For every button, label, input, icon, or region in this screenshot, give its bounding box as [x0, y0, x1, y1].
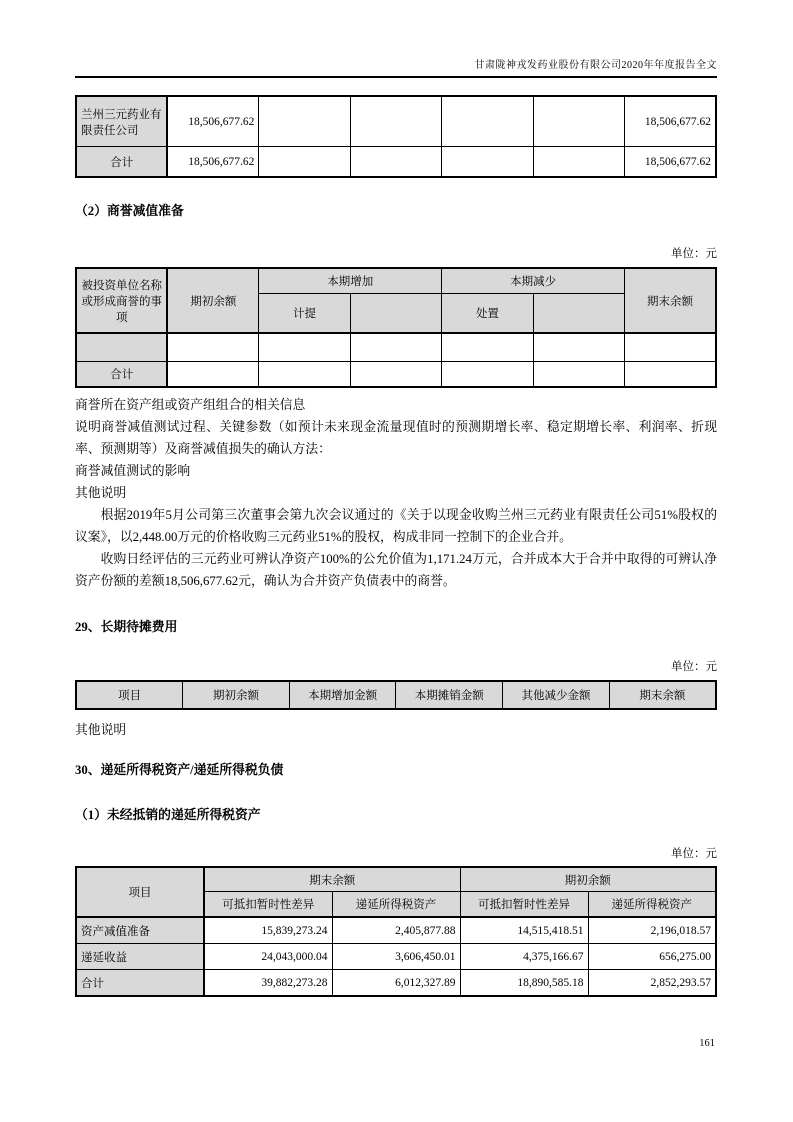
table-cell — [167, 333, 258, 362]
table-cell — [350, 147, 441, 178]
table-cell — [259, 96, 350, 147]
table-header-cell: 本期增加金额 — [289, 681, 396, 709]
note-line: 说明商誉减值测试过程、关键参数（如预计未来现金流量现值时的预测期增长率、稳定期增… — [75, 416, 717, 460]
table-cell — [533, 333, 624, 362]
table-header-cell: 期初余额 — [183, 681, 290, 709]
table-cell — [350, 333, 441, 362]
table-header-cell: 期末余额 — [625, 268, 716, 333]
unit-label: 单位：元 — [75, 658, 717, 674]
table-cell: 18,506,677.62 — [167, 147, 258, 178]
table-header-cell: 期初余额 — [460, 867, 716, 892]
table-cell: 18,506,677.62 — [625, 96, 716, 147]
table-cell: 14,515,418.51 — [460, 917, 588, 944]
table-cell: 递延收益 — [76, 944, 204, 970]
table-header-cell: 本期减少 — [442, 268, 625, 294]
table-row: 合计 39,882,273.28 6,012,327.89 18,890,585… — [76, 970, 716, 997]
table-header-cell: 处置 — [442, 294, 533, 334]
section-heading-long-term-deferred-expenses: 29、长期待摊费用 — [75, 616, 717, 635]
table-cell — [167, 362, 258, 388]
table-header-row: 项目 期末余额 期初余额 — [76, 867, 716, 892]
table-row: 兰州三元药业有限责任公司 18,506,677.62 18,506,677.62 — [76, 96, 716, 147]
table-cell — [259, 147, 350, 178]
table-cell: 656,275.00 — [588, 944, 716, 970]
table-row: 递延收益 24,043,000.04 3,606,450.01 4,375,16… — [76, 944, 716, 970]
table-cell: 2,196,018.57 — [588, 917, 716, 944]
table-cell — [442, 96, 533, 147]
unit-label: 单位：元 — [75, 245, 717, 261]
table-cell: 4,375,166.67 — [460, 944, 588, 970]
table-header-cell: 递延所得税资产 — [588, 892, 716, 918]
table-cell — [76, 333, 167, 362]
table-cell — [625, 362, 716, 388]
report-page: 甘肃陇神戎发药业股份有限公司2020年年度报告全文 兰州三元药业有限责任公司 1… — [0, 0, 793, 1122]
goodwill-paragraph: 根据2019年5月公司第三次董事会第九次会议通过的《关于以现金收购兰州三元药业有… — [75, 504, 717, 548]
table-header-cell: 计提 — [259, 294, 350, 334]
table-header-cell: 期末余额 — [204, 867, 460, 892]
table-cell: 兰州三元药业有限责任公司 — [76, 96, 167, 147]
table-row: 合计 18,506,677.62 18,506,677.62 — [76, 147, 716, 178]
table-header-cell: 递延所得税资产 — [332, 892, 460, 918]
table-header-cell: 期初余额 — [167, 268, 258, 333]
page-content: 甘肃陇神戎发药业股份有限公司2020年年度报告全文 兰州三元药业有限责任公司 1… — [75, 0, 717, 997]
table-header-cell — [533, 294, 624, 334]
long-term-deferred-expenses-table: 项目 期初余额 本期增加金额 本期摊销金额 其他减少金额 期末余额 — [75, 680, 717, 710]
deferred-tax-assets-table: 项目 期末余额 期初余额 可抵扣暂时性差异 递延所得税资产 可抵扣暂时性差异 递… — [75, 866, 717, 997]
table-cell — [533, 96, 624, 147]
page-header-title: 甘肃陇神戎发药业股份有限公司2020年年度报告全文 — [75, 0, 717, 78]
note-line: 商誉所在资产组或资产组组合的相关信息 — [75, 394, 717, 416]
table-header-cell: 可抵扣暂时性差异 — [204, 892, 332, 918]
table-cell: 6,012,327.89 — [332, 970, 460, 997]
table-cell: 2,852,293.57 — [588, 970, 716, 997]
table-header-cell: 被投资单位名称或形成商誉的事项 — [76, 268, 167, 333]
table-cell: 39,882,273.28 — [204, 970, 332, 997]
table-header-cell: 本期增加 — [259, 268, 442, 294]
table-cell: 合计 — [76, 970, 204, 997]
table-cell: 合计 — [76, 147, 167, 178]
table-row: 资产减值准备 15,839,273.24 2,405,877.88 14,515… — [76, 917, 716, 944]
table-cell: 18,890,585.18 — [460, 970, 588, 997]
table-header-cell: 其他减少金额 — [503, 681, 610, 709]
table-cell: 合计 — [76, 362, 167, 388]
table-header-cell: 项目 — [76, 681, 183, 709]
table-cell — [350, 96, 441, 147]
note-line: 其他说明 — [75, 482, 717, 504]
table-cell: 15,839,273.24 — [204, 917, 332, 944]
table-row: 合计 — [76, 362, 716, 388]
section-heading-deferred-tax: 30、递延所得税资产/递延所得税负债 — [75, 759, 717, 778]
note-line: 商誉减值测试的影响 — [75, 460, 717, 482]
table-cell — [350, 362, 441, 388]
goodwill-notes: 商誉所在资产组或资产组组合的相关信息 说明商誉减值测试过程、关键参数（如预计未来… — [75, 394, 717, 504]
table-cell — [442, 333, 533, 362]
table-header-row: 项目 期初余额 本期增加金额 本期摊销金额 其他减少金额 期末余额 — [76, 681, 716, 709]
goodwill-cost-table: 兰州三元药业有限责任公司 18,506,677.62 18,506,677.62… — [75, 95, 717, 178]
subsection-heading-unoffset-deferred-tax-assets: （1）未经抵销的递延所得税资产 — [75, 804, 717, 823]
table-header-cell: 本期摊销金额 — [396, 681, 503, 709]
table-cell — [625, 333, 716, 362]
table-cell — [259, 333, 350, 362]
table-cell — [442, 147, 533, 178]
other-notes-label: 其他说明 — [75, 719, 717, 741]
table-header-cell: 可抵扣暂时性差异 — [460, 892, 588, 918]
table-cell — [442, 362, 533, 388]
table-header-cell — [350, 294, 441, 334]
unit-label: 单位：元 — [75, 845, 717, 861]
table-cell: 18,506,677.62 — [167, 96, 258, 147]
table-cell: 3,606,450.01 — [332, 944, 460, 970]
table-cell: 2,405,877.88 — [332, 917, 460, 944]
table-cell: 24,043,000.04 — [204, 944, 332, 970]
page-number: 161 — [699, 1038, 715, 1049]
table-row — [76, 333, 716, 362]
table-header-row: 被投资单位名称或形成商誉的事项 期初余额 本期增加 本期减少 期末余额 — [76, 268, 716, 294]
table-cell — [533, 362, 624, 388]
table-cell: 资产减值准备 — [76, 917, 204, 944]
table-cell — [533, 147, 624, 178]
table-header-cell: 期末余额 — [609, 681, 716, 709]
table-cell — [259, 362, 350, 388]
goodwill-paragraph: 收购日经评估的三元药业可辨认净资产100%的公允价值为1,171.24万元，合并… — [75, 548, 717, 592]
goodwill-impairment-table: 被投资单位名称或形成商誉的事项 期初余额 本期增加 本期减少 期末余额 计提 处… — [75, 267, 717, 388]
section-heading-goodwill-impairment: （2）商誉减值准备 — [75, 200, 717, 219]
table-header-cell: 项目 — [76, 867, 204, 917]
table-cell: 18,506,677.62 — [625, 147, 716, 178]
